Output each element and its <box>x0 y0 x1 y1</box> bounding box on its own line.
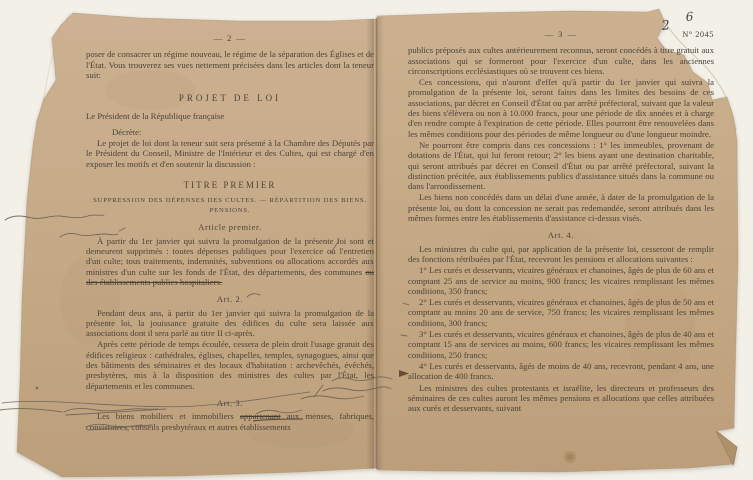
paragraph: Les ministres des cultes protestants et … <box>408 383 714 414</box>
left-page-body: poser de consacrer un régime nouveau, le… <box>86 49 374 432</box>
text-run: Art. 4. <box>548 230 574 240</box>
text-run: SUPPRESSION DES DÉPENSES DES CULTES. — R… <box>93 197 367 204</box>
left-page: — 2 — poser de consacrer un régime nouve… <box>86 34 374 460</box>
paragraph: Après cette période de temps écoulée, ce… <box>86 339 374 390</box>
text-run: 3° Les curés et desservants, vicaires gé… <box>408 329 714 360</box>
section-subtitle: SUPPRESSION DES DÉPENSES DES CULTES. — R… <box>86 197 374 206</box>
paragraph: poser de consacrer un régime nouveau, le… <box>86 49 374 80</box>
text-run: poser de consacrer un régime nouveau, le… <box>86 49 374 80</box>
paragraph: Les biens non concédés dans un délai d'u… <box>408 192 714 223</box>
text-run: Après cette période de temps écoulée, ce… <box>86 339 374 390</box>
text-run: publics préposés aux cultes antérieureme… <box>408 45 714 76</box>
text-run: À partir du 1er janvier qui suivra la pr… <box>86 236 374 277</box>
page-number: — 3 — <box>545 30 578 39</box>
paragraph: 1° Les curés et desservants, vicaires gé… <box>408 265 714 296</box>
paragraph: Ne pourront être compris dans ces conces… <box>408 140 714 191</box>
article-heading: Art. 2. <box>86 294 374 304</box>
text-run: Le Président de la République française <box>86 111 224 121</box>
text-run: 1° Les curés et desservants, vicaires gé… <box>408 265 714 296</box>
section-subtitle: PENSIONS. <box>86 207 374 216</box>
text-run: Le projet de loi dont la teneur suit ser… <box>86 138 374 169</box>
text-run: Pendant deux ans, à partir du 1er janvie… <box>86 308 374 339</box>
president-line: Le Président de la République française <box>86 111 374 121</box>
right-page: — 3 — N° 2045 publics préposés aux culte… <box>408 30 714 470</box>
right-page-header: — 3 — N° 2045 <box>408 30 714 40</box>
text-run: Art. 3. <box>217 398 243 408</box>
paragraph: Les biens mobiliers et immobiliers appar… <box>86 411 374 432</box>
text-run: Ne pourront être compris dans ces conces… <box>408 140 714 191</box>
text-run: Les ministres du culte qui, par applicat… <box>408 244 714 264</box>
paragraph: Les ministres du culte qui, par applicat… <box>408 244 714 265</box>
text-run: PROJET DE LOI <box>179 93 281 103</box>
article-heading: Art. 3. <box>86 398 374 408</box>
struck-out-text: appartenant <box>240 411 281 421</box>
paragraph: 2° Les curés et desservants, vicaires gé… <box>408 297 714 328</box>
text-run: Art. 2. <box>217 294 243 304</box>
text-run: Les biens mobiliers et immobiliers <box>97 411 240 421</box>
paragraph: Pendant deux ans, à partir du 1er janvie… <box>86 308 374 339</box>
text-run: Ces concessions, qui n'auront d'effet qu… <box>408 77 714 138</box>
titre-premier-heading: TITRE PREMIER <box>86 180 374 190</box>
text-run: 4° Les curés et desservants, âgés de moi… <box>408 361 714 381</box>
page-number: — 2 — <box>86 34 374 44</box>
projet-de-loi-title: PROJET DE LOI <box>86 93 374 103</box>
paragraph: À partir du 1er janvier qui suivra la pr… <box>86 236 374 287</box>
paragraph: publics préposés aux cultes antérieureme… <box>408 45 714 76</box>
article-heading: Art. 4. <box>408 230 714 240</box>
fold-crease-shadow <box>377 17 384 469</box>
paragraph: 4° Les curés et desservants, âgés de moi… <box>408 361 714 382</box>
paragraph: Le projet de loi dont la teneur suit ser… <box>86 138 374 169</box>
text-run: Décrète: <box>112 127 141 137</box>
text-run: Article premier. <box>198 222 261 232</box>
decree-line: Décrète: <box>86 127 374 137</box>
text-run: 2° Les curés et desservants, vicaires gé… <box>408 297 714 328</box>
document-number: N° 2045 <box>682 30 714 40</box>
text-run: TITRE PREMIER <box>184 180 277 190</box>
text-run: Les ministres des cultes protestants et … <box>408 383 714 414</box>
paragraph: Ces concessions, qui n'auront d'effet qu… <box>408 77 714 139</box>
text-run: PENSIONS. <box>210 207 251 214</box>
scanned-document-canvas: { "colors":{"paper":"#c6aa87","ink":"#4c… <box>0 0 753 480</box>
article-heading: Article premier. <box>86 222 374 232</box>
text-run: Les biens non concédés dans un délai d'u… <box>408 192 714 223</box>
right-page-body: publics préposés aux cultes antérieureme… <box>408 45 714 413</box>
paragraph: 3° Les curés et desservants, vicaires gé… <box>408 329 714 360</box>
